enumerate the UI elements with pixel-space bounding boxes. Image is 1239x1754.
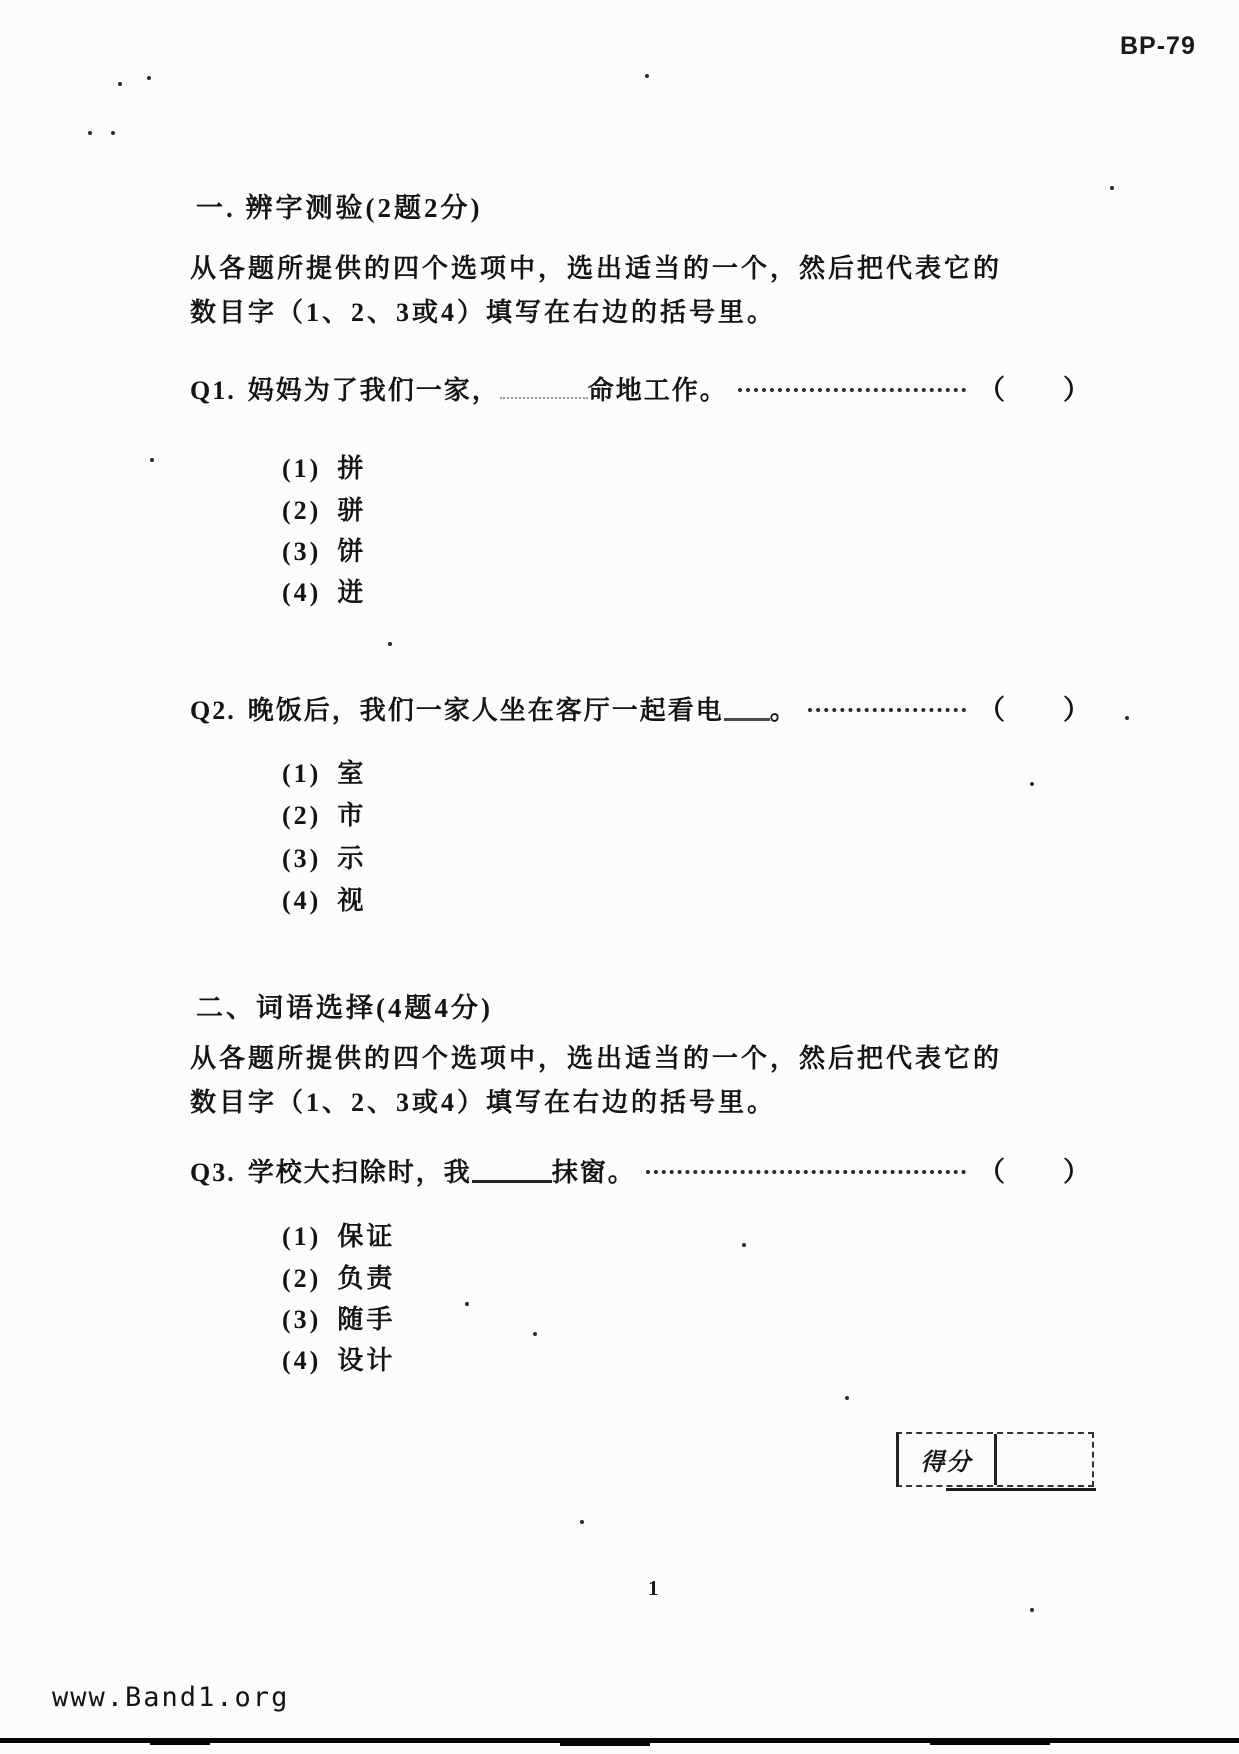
option-number: (3) xyxy=(282,844,321,874)
noise-speck xyxy=(1030,782,1034,786)
score-box-input-cell xyxy=(997,1434,1092,1485)
option-text: 负责 xyxy=(337,1258,395,1295)
noise-speck xyxy=(150,458,154,462)
option-number: (3) xyxy=(282,537,321,567)
option-text: 骈 xyxy=(337,490,366,527)
answer-blank xyxy=(724,718,770,721)
question-row-q1: Q1. 妈妈为了我们一家， 命地工作。 （ ） xyxy=(190,368,1092,407)
option-number: (1) xyxy=(282,1222,321,1252)
bottom-scan-bar-bump xyxy=(930,1741,1050,1745)
question-label: Q2. xyxy=(190,696,236,726)
option-number: (2) xyxy=(282,801,321,831)
noise-speck xyxy=(580,1520,584,1524)
question-text-before: 学校大扫除时，我 xyxy=(248,1152,472,1189)
option-number: (4) xyxy=(282,886,321,916)
option-number: (2) xyxy=(282,1264,321,1294)
option-row: (2) 骈 xyxy=(282,490,366,527)
noise-speck xyxy=(111,131,115,135)
bottom-scan-bar-bump xyxy=(560,1742,650,1746)
question-text-after: 命地工作。 xyxy=(588,370,728,407)
option-row: (1) 室 xyxy=(282,753,366,790)
option-row: (4) 视 xyxy=(282,880,366,917)
noise-speck xyxy=(88,131,92,135)
question-text-after: 。 xyxy=(770,690,798,727)
bracket-close: ） xyxy=(1063,688,1092,727)
option-row: (4) 设计 xyxy=(282,1340,395,1377)
option-text: 饼 xyxy=(337,531,366,568)
section-2-heading: 二、词语选择(4题4分) xyxy=(196,986,493,1025)
option-row: (2) 市 xyxy=(282,795,366,832)
section-2-instruction-line-1: 从各题所提供的四个选项中，选出适当的一个，然后把代表它的 xyxy=(190,1038,1002,1075)
noise-speck xyxy=(1030,1608,1034,1612)
option-number: (3) xyxy=(282,1305,321,1335)
bracket-close: ） xyxy=(1063,1150,1092,1189)
footer-url: www.Band1.org xyxy=(52,1682,289,1713)
noise-speck xyxy=(1125,716,1129,720)
option-text: 保证 xyxy=(337,1216,395,1253)
option-text: 设计 xyxy=(337,1340,395,1377)
option-text: 迸 xyxy=(337,572,366,609)
option-number: (1) xyxy=(282,759,321,789)
question-text-before: 妈妈为了我们一家， xyxy=(248,370,500,407)
dotted-leader xyxy=(646,1170,966,1174)
option-text: 市 xyxy=(337,795,366,832)
section-1-instruction-line-1: 从各题所提供的四个选项中，选出适当的一个，然后把代表它的 xyxy=(190,248,1002,285)
noise-speck xyxy=(388,642,392,646)
option-row: (3) 饼 xyxy=(282,531,366,568)
option-number: (2) xyxy=(282,496,321,526)
question-label: Q1. xyxy=(190,376,236,406)
bracket-open: （ xyxy=(978,1150,1007,1189)
option-number: (4) xyxy=(282,578,321,608)
option-row: (3) 随手 xyxy=(282,1299,395,1336)
scanned-exam-page: BP-79 一. 辨字测验(2题2分) 从各题所提供的四个选项中，选出适当的一个… xyxy=(0,0,1239,1754)
question-label: Q3. xyxy=(190,1158,236,1188)
option-row: (3) 示 xyxy=(282,838,366,875)
section-1-heading: 一. 辨字测验(2题2分) xyxy=(196,186,482,225)
score-box: 得分 xyxy=(896,1432,1094,1487)
question-row-q2: Q2. 晚饭后，我们一家人坐在客厅一起看电 。 （ ） xyxy=(190,688,1092,727)
bottom-scan-bar-bump xyxy=(150,1741,210,1745)
noise-speck xyxy=(118,82,122,86)
option-row: (1) 拼 xyxy=(282,448,366,485)
noise-speck xyxy=(465,1302,469,1306)
doc-code: BP-79 xyxy=(1120,32,1196,61)
question-row-q3: Q3. 学校大扫除时，我 抹窗。 （ ） xyxy=(190,1150,1092,1189)
noise-speck xyxy=(742,1243,746,1247)
dotted-leader xyxy=(808,708,966,712)
option-number: (4) xyxy=(282,1346,321,1376)
noise-speck xyxy=(845,1396,849,1400)
section-1-instruction-line-2: 数目字（1、2、3或4）填写在右边的括号里。 xyxy=(190,292,776,329)
section-2-instruction-line-2: 数目字（1、2、3或4）填写在右边的括号里。 xyxy=(190,1082,776,1119)
question-text-before: 晚饭后，我们一家人坐在客厅一起看电 xyxy=(248,690,724,727)
page-number: 1 xyxy=(648,1576,659,1601)
option-row: (1) 保证 xyxy=(282,1216,395,1253)
option-text: 视 xyxy=(337,880,366,917)
bracket-open: （ xyxy=(978,368,1007,407)
noise-speck xyxy=(645,74,649,78)
option-text: 随手 xyxy=(337,1299,395,1336)
answer-blank xyxy=(500,397,588,399)
score-box-underline xyxy=(946,1488,1096,1491)
bracket-close: ） xyxy=(1063,368,1092,407)
option-text: 室 xyxy=(337,753,366,790)
option-number: (1) xyxy=(282,454,321,484)
option-text: 拼 xyxy=(337,448,366,485)
dotted-leader xyxy=(738,388,966,392)
noise-speck xyxy=(147,76,151,80)
score-box-label: 得分 xyxy=(899,1434,997,1485)
option-text: 示 xyxy=(337,838,366,875)
option-row: (2) 负责 xyxy=(282,1258,395,1295)
option-row: (4) 迸 xyxy=(282,572,366,609)
noise-speck xyxy=(1110,186,1114,190)
question-text-after: 抹窗。 xyxy=(552,1152,636,1189)
answer-blank xyxy=(472,1180,552,1183)
bracket-open: （ xyxy=(978,688,1007,727)
noise-speck xyxy=(533,1332,537,1336)
